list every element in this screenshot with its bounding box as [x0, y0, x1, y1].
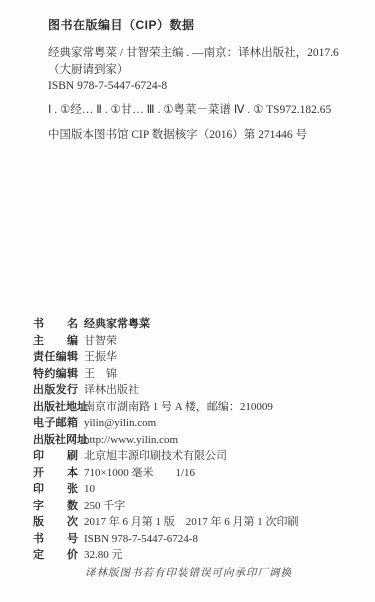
- field-value: 王振华: [84, 349, 117, 366]
- cip-header: 图书在版编目（CIP）数据: [48, 16, 365, 33]
- info-row-price: 定价 32.80 元: [33, 547, 371, 564]
- publication-info-table: 书名 经典家常粤菜 主编 甘智荣 责任编辑 王振华 特约编辑 王 锦 出版发行 …: [33, 316, 371, 564]
- field-value: 王 锦: [84, 366, 117, 383]
- misprint-exchange-notice: 译林版图书若有印装错误可向承印厂调换: [85, 565, 292, 580]
- info-row-word-count: 字数 250 千字: [33, 498, 371, 515]
- field-label: 书名: [33, 316, 78, 333]
- info-row-edition: 版次 2017 年 6 月第 1 版 2017 年 6 月第 1 次印刷: [33, 514, 371, 531]
- info-row-managing-editor: 责任编辑 王振华: [33, 349, 371, 366]
- info-row-printed-sheets: 印张 10: [33, 481, 371, 498]
- field-value: ISBN 978-7-5447-6724-8: [84, 531, 198, 548]
- field-value: http://www.yilin.com: [84, 432, 178, 449]
- field-value: yilin@yilin.com: [84, 415, 156, 432]
- cip-classification: Ⅰ . ①经… Ⅱ . ①甘… Ⅲ . ①粤菜－菜谱 Ⅳ . ① TS972.1…: [48, 102, 365, 119]
- info-row-printer: 印刷 北京旭丰源印刷技术有限公司: [33, 448, 371, 465]
- copyright-page: 图书在版编目（CIP）数据 经典家常粤菜 / 甘智荣主编 . —南京：译林出版社…: [0, 0, 375, 602]
- field-label: 责任编辑: [33, 349, 78, 366]
- info-row-chief-editor: 主编 甘智荣: [33, 333, 371, 350]
- field-value: 北京旭丰源印刷技术有限公司: [84, 448, 227, 465]
- field-value: 南京市湖南路 1 号 A 楼，邮编：210009: [84, 399, 273, 416]
- field-value: 经典家常粤菜: [84, 316, 150, 333]
- field-label: 主编: [33, 333, 78, 350]
- cip-data-block: 图书在版编目（CIP）数据 经典家常粤菜 / 甘智荣主编 . —南京：译林出版社…: [48, 16, 365, 144]
- field-label: 印刷: [33, 448, 78, 465]
- field-label: 电子邮箱: [33, 415, 78, 432]
- info-row-website: 出版社网址 http://www.yilin.com: [33, 432, 371, 449]
- field-label: 出版社地址: [33, 399, 78, 416]
- field-label: 版次: [33, 514, 78, 531]
- field-label: 出版发行: [33, 382, 78, 399]
- field-label: 印张: [33, 481, 78, 498]
- cip-series: （大厨请到家）: [48, 62, 365, 79]
- field-label: 字数: [33, 498, 78, 515]
- field-label: 特约编辑: [33, 366, 78, 383]
- cip-description: 经典家常粤菜 / 甘智荣主编 . —南京：译林出版社，2017.6: [48, 45, 365, 62]
- field-value: 710×1000 毫米 1/16: [84, 465, 195, 482]
- field-label: 开本: [33, 465, 78, 482]
- info-row-format: 开本 710×1000 毫米 1/16: [33, 465, 371, 482]
- info-row-publisher: 出版发行 译林出版社: [33, 382, 371, 399]
- info-row-publisher-address: 出版社地址 南京市湖南路 1 号 A 楼，邮编：210009: [33, 399, 371, 416]
- field-value: 250 千字: [84, 498, 125, 515]
- field-label: 书号: [33, 531, 78, 548]
- field-value: 32.80 元: [84, 547, 123, 564]
- cip-isbn: ISBN 978-7-5447-6724-8: [48, 78, 365, 95]
- field-value: 甘智荣: [84, 333, 117, 350]
- info-row-email: 电子邮箱 yilin@yilin.com: [33, 415, 371, 432]
- field-value: 译林出版社: [84, 382, 139, 399]
- field-label: 定价: [33, 547, 78, 564]
- info-row-contributing-editor: 特约编辑 王 锦: [33, 366, 371, 383]
- field-label: 出版社网址: [33, 432, 78, 449]
- info-row-isbn: 书号 ISBN 978-7-5447-6724-8: [33, 531, 371, 548]
- info-row-book-title: 书名 经典家常粤菜: [33, 316, 371, 333]
- field-value: 10: [84, 481, 95, 498]
- cip-record-number: 中国版本图书馆 CIP 数据核字（2016）第 271446 号: [48, 127, 365, 144]
- field-value: 2017 年 6 月第 1 版 2017 年 6 月第 1 次印刷: [84, 514, 299, 531]
